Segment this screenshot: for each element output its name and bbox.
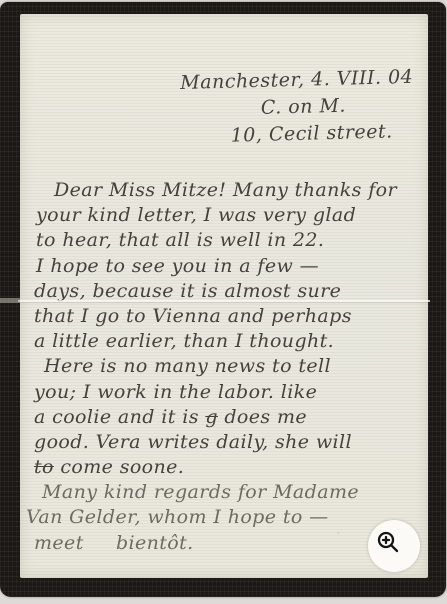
- letter-line: your kind letter, I was very glad: [20, 203, 422, 228]
- letter-text: Dear Miss Mitze! Many thanks for: [54, 179, 397, 201]
- letter-line: Here is no many news to tell: [20, 354, 422, 379]
- letter-text: a little earlier, than I thought.: [34, 330, 334, 352]
- letter-heading: Manchester, 4. VIII. 04 C. on M. 10, Cec…: [19, 64, 415, 155]
- letter-body: Dear Miss Mitze! Many thanks foryour kin…: [20, 178, 422, 556]
- letter-line: Van Gelder, whom I hope to —: [20, 505, 422, 530]
- page: { "photo": { "frame_color": "#1b1815", "…: [0, 0, 447, 604]
- letter-text: that I go to Vienna and perhaps: [34, 305, 352, 327]
- letter-photo: Manchester, 4. VIII. 04 C. on M. 10, Cec…: [0, 2, 446, 597]
- letter-text: a coolie and it is: [34, 406, 205, 428]
- letter-text: good. Vera writes daily, she will: [34, 431, 352, 453]
- letter-line: I hope to see you in a few —: [20, 254, 422, 279]
- letter-line: a coolie and it is g does me: [20, 405, 422, 430]
- letter-line: you; I work in the labor. like: [20, 380, 422, 405]
- letter-text: come soone.: [54, 456, 184, 478]
- letter-text: meet bientôt.: [34, 532, 194, 554]
- letter-text: does me: [218, 406, 307, 428]
- letter-text: Here is no many news to tell: [44, 355, 331, 377]
- letter-line: meet bientôt.: [20, 531, 422, 556]
- letter-line: to hear, that all is well in 22.: [20, 228, 422, 253]
- letter-line: good. Vera writes daily, she will: [20, 430, 422, 455]
- letter-text: you; I work in the labor. like: [34, 381, 317, 403]
- zoom-in-button[interactable]: [368, 520, 420, 572]
- letter-text: your kind letter, I was very glad: [36, 204, 356, 226]
- letter-text: Van Gelder, whom I hope to —: [26, 506, 329, 528]
- crossed-out-word: g: [205, 406, 218, 428]
- letter-line: to come soone.: [20, 455, 422, 480]
- fold-crease-notch: [0, 298, 20, 303]
- letter-line: that I go to Vienna and perhaps: [20, 304, 422, 329]
- letter-text: I hope to see you in a few —: [36, 255, 319, 277]
- letter-text: Many kind regards for Madame: [42, 481, 359, 503]
- letter-text: days, because it is almost sure: [34, 280, 341, 302]
- magnifier-plus-icon: [375, 529, 401, 555]
- letter-line: a little earlier, than I thought.: [20, 329, 422, 354]
- letter-line: Many kind regards for Madame: [20, 480, 422, 505]
- letter-paper: Manchester, 4. VIII. 04 C. on M. 10, Cec…: [20, 14, 428, 578]
- letter-line: Dear Miss Mitze! Many thanks for: [20, 178, 422, 203]
- crossed-out-word: to: [34, 456, 54, 478]
- fold-crease: [18, 300, 430, 302]
- letter-text: to hear, that all is well in 22.: [36, 229, 324, 251]
